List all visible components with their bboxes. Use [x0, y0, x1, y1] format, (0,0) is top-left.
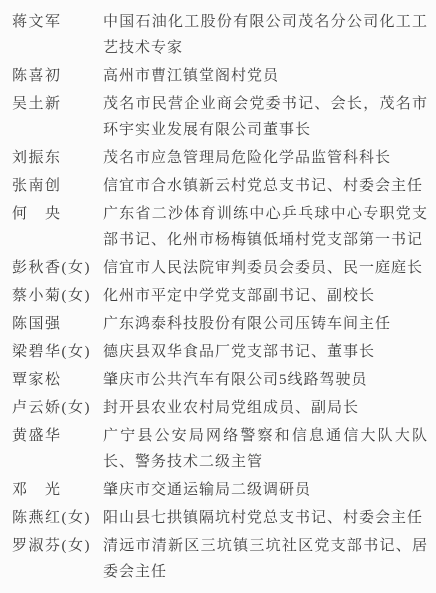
list-entry: 罗淑芬(女) 清远市清新区三坑镇三坑社区党支部书记、居委会主任 — [12, 533, 428, 585]
list-entry: 陈喜初 高州市曹江镇堂阁村党员 — [12, 63, 428, 89]
person-position: 茂名市民营企业商会党委书记、会长，茂名市环宇实业发展有限公司董事长 — [103, 91, 428, 143]
person-position: 阳山县七拱镇隔坑村党总支书记、村委会主任 — [103, 505, 428, 531]
person-name: 黄盛华 — [12, 423, 103, 475]
person-name: 陈喜初 — [12, 63, 103, 89]
person-position: 信宜市人民法院审判委员会委员、民一庭庭长 — [103, 255, 428, 281]
person-name: 罗淑芬(女) — [12, 533, 103, 585]
person-position: 肇庆市交通运输局二级调研员 — [103, 477, 428, 503]
person-position: 高州市曹江镇堂阁村党员 — [103, 63, 428, 89]
person-name: 蔡小菊(女) — [12, 283, 103, 309]
person-position: 广宁县公安局网络警察和信息通信大队大队长、警务技术二级主管 — [103, 423, 428, 475]
person-position: 中国石油化工股份有限公司茂名分公司化工工艺技术专家 — [103, 9, 428, 61]
list-entry: 彭秋香(女) 信宜市人民法院审判委员会委员、民一庭庭长 — [12, 255, 428, 281]
person-name: 吴土新 — [12, 91, 103, 143]
list-entry: 刘振东 茂名市应急管理局危险化学品监管科科长 — [12, 145, 428, 171]
person-position: 广东省二沙体育训练中心乒乓球中心专职党支部书记、化州市杨梅镇低埇村党支部第一书记 — [103, 201, 428, 253]
list-entry: 吴土新 茂名市民营企业商会党委书记、会长，茂名市环宇实业发展有限公司董事长 — [12, 91, 428, 143]
document-page: 蒋文军 中国石油化工股份有限公司茂名分公司化工工艺技术专家 陈喜初 高州市曹江镇… — [0, 0, 436, 593]
person-position: 肇庆市公共汽车有限公司5线路驾驶员 — [103, 367, 428, 393]
person-name: 何 央 — [12, 201, 103, 253]
person-name: 彭秋香(女) — [12, 255, 103, 281]
person-position: 封开县农业农村局党组成员、副局长 — [103, 395, 428, 421]
list-entry: 张南创 信宜市合水镇新云村党总支书记、村委会主任 — [12, 173, 428, 199]
list-entry: 蔡小菊(女) 化州市平定中学党支部副书记、副校长 — [12, 283, 428, 309]
list-entry: 黄盛华 广宁县公安局网络警察和信息通信大队大队长、警务技术二级主管 — [12, 423, 428, 475]
person-position: 广东鸿泰科技股份有限公司压铸车间主任 — [103, 311, 428, 337]
person-position: 信宜市合水镇新云村党总支书记、村委会主任 — [103, 173, 428, 199]
person-name: 梁碧华(女) — [12, 339, 103, 365]
list-entry: 卢云娇(女) 封开县农业农村局党组成员、副局长 — [12, 395, 428, 421]
list-entry: 覃家松 肇庆市公共汽车有限公司5线路驾驶员 — [12, 367, 428, 393]
person-name: 蒋文军 — [12, 9, 103, 61]
list-entry: 梁碧华(女) 德庆县双华食品厂党支部书记、董事长 — [12, 339, 428, 365]
list-entry: 邓 光 肇庆市交通运输局二级调研员 — [12, 477, 428, 503]
list-entry: 蒋文军 中国石油化工股份有限公司茂名分公司化工工艺技术专家 — [12, 9, 428, 61]
list-entry: 何 央 广东省二沙体育训练中心乒乓球中心专职党支部书记、化州市杨梅镇低埇村党支部… — [12, 201, 428, 253]
person-position: 化州市平定中学党支部副书记、副校长 — [103, 283, 428, 309]
person-name: 刘振东 — [12, 145, 103, 171]
person-name: 陈国强 — [12, 311, 103, 337]
person-name: 邓 光 — [12, 477, 103, 503]
person-position: 清远市清新区三坑镇三坑社区党支部书记、居委会主任 — [103, 533, 428, 585]
person-position: 德庆县双华食品厂党支部书记、董事长 — [103, 339, 428, 365]
person-name: 覃家松 — [12, 367, 103, 393]
person-name: 张南创 — [12, 173, 103, 199]
person-name: 卢云娇(女) — [12, 395, 103, 421]
list-entry: 陈燕红(女) 阳山县七拱镇隔坑村党总支书记、村委会主任 — [12, 505, 428, 531]
person-name: 陈燕红(女) — [12, 505, 103, 531]
person-position: 茂名市应急管理局危险化学品监管科科长 — [103, 145, 428, 171]
list-entry: 陈国强 广东鸿泰科技股份有限公司压铸车间主任 — [12, 311, 428, 337]
